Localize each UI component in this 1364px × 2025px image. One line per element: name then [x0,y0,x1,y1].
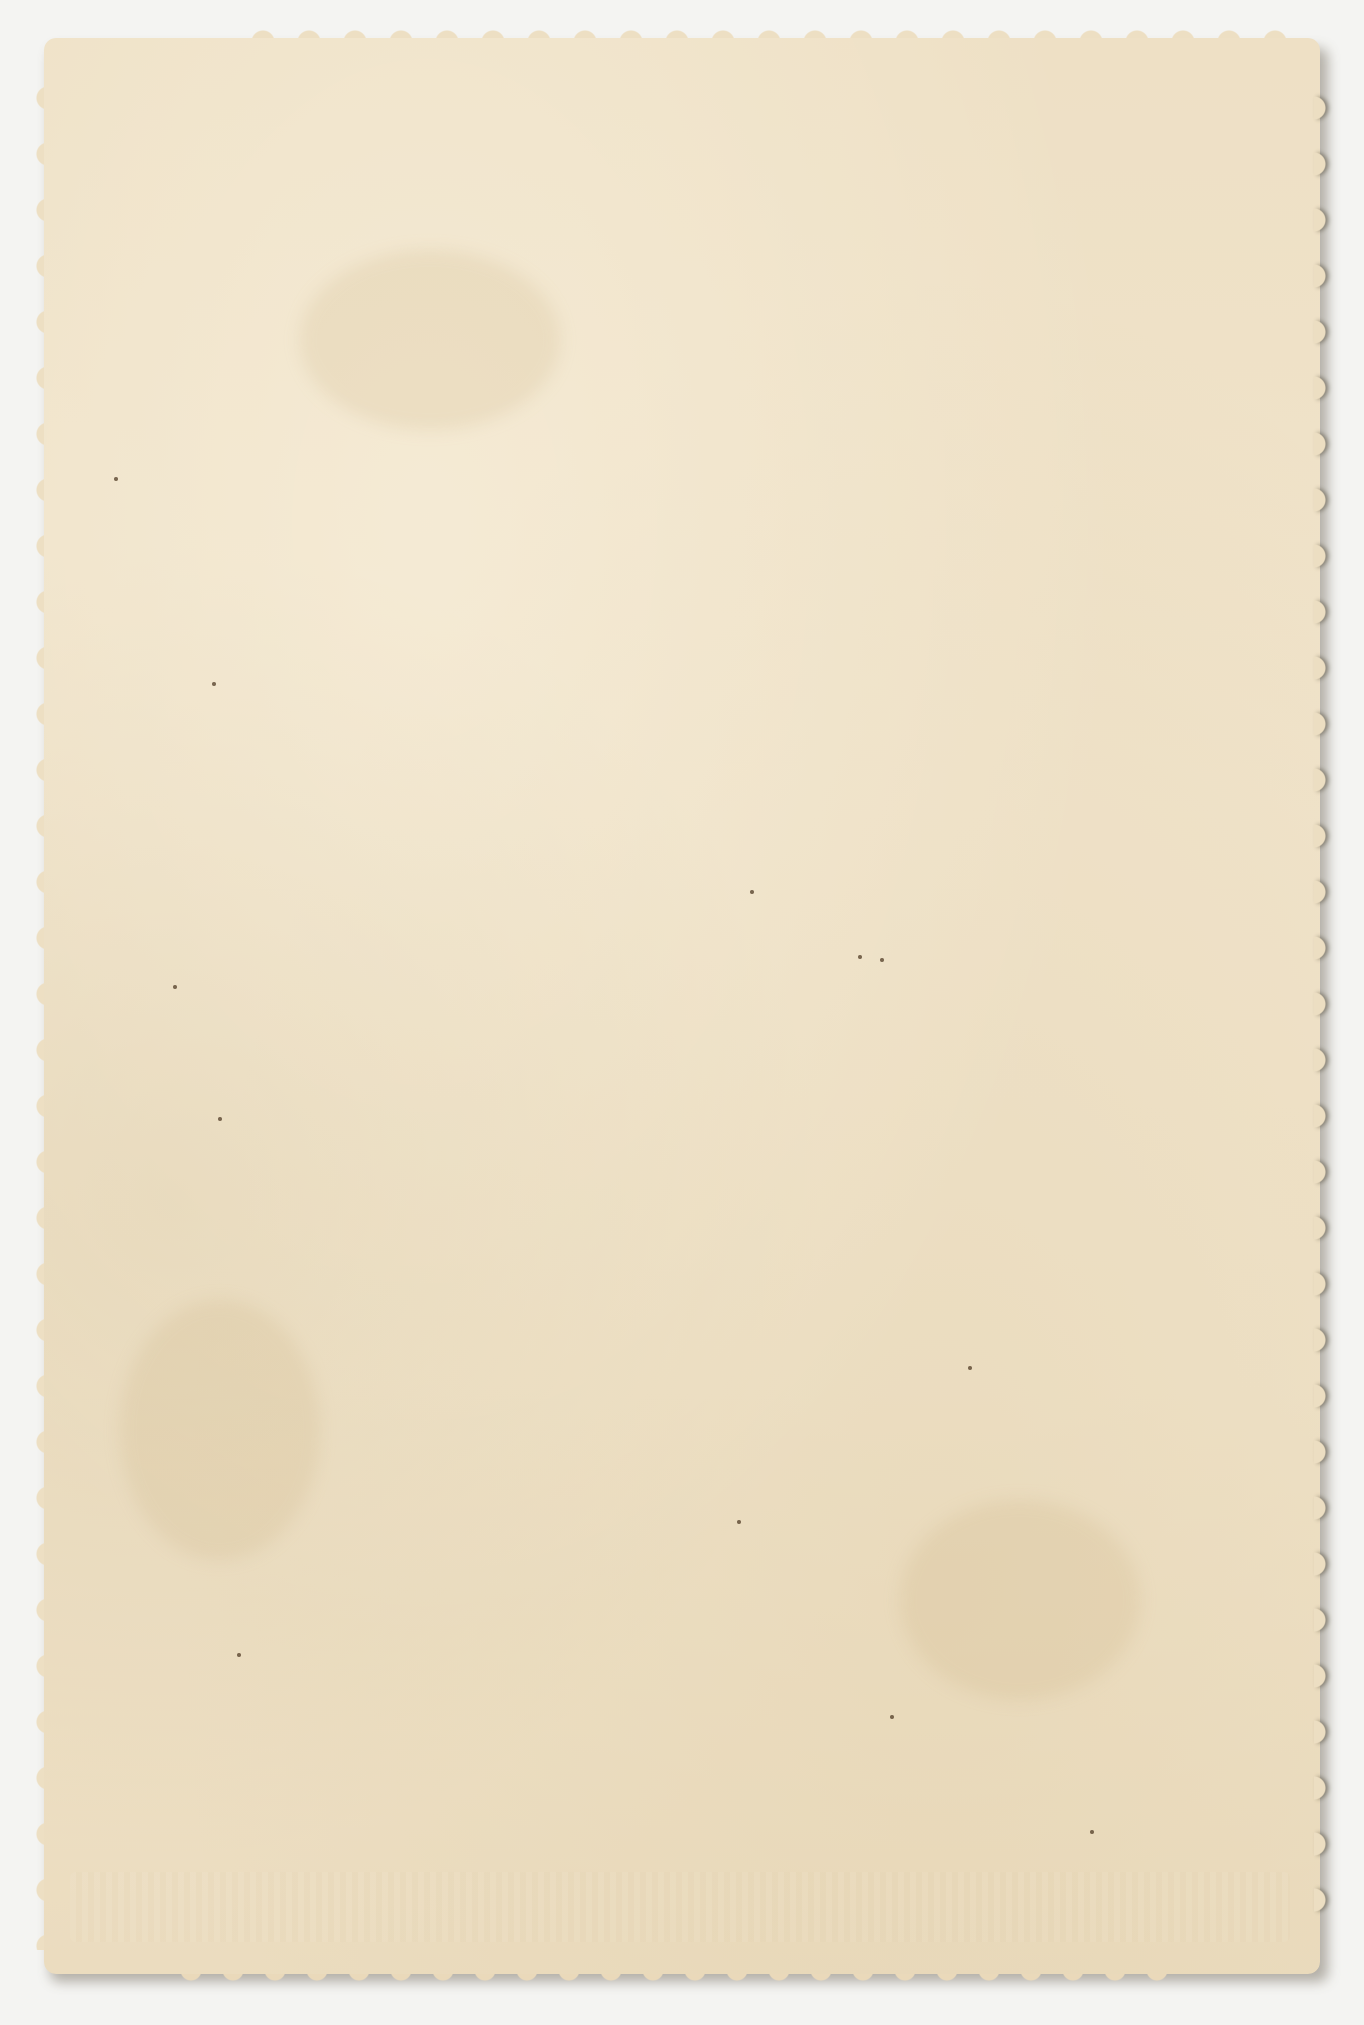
speck [880,958,884,962]
speck [1090,1830,1094,1834]
foxing-stain [300,250,560,430]
speck [968,1366,972,1370]
foxing-stain [900,1500,1140,1700]
embossed-imprint [70,1872,1290,1942]
speck [890,1715,894,1719]
speck [737,1520,741,1524]
speck [218,1117,222,1121]
speck [114,477,118,481]
speck [858,955,862,959]
foxing-stain [120,1300,320,1560]
scanned-card-scene [0,0,1364,2025]
speck [212,682,216,686]
speck [237,1653,241,1657]
cabinet-card-back [44,38,1320,1974]
speck [173,985,177,989]
speck [750,890,754,894]
scalloped-right-edge [1314,80,1330,1940]
